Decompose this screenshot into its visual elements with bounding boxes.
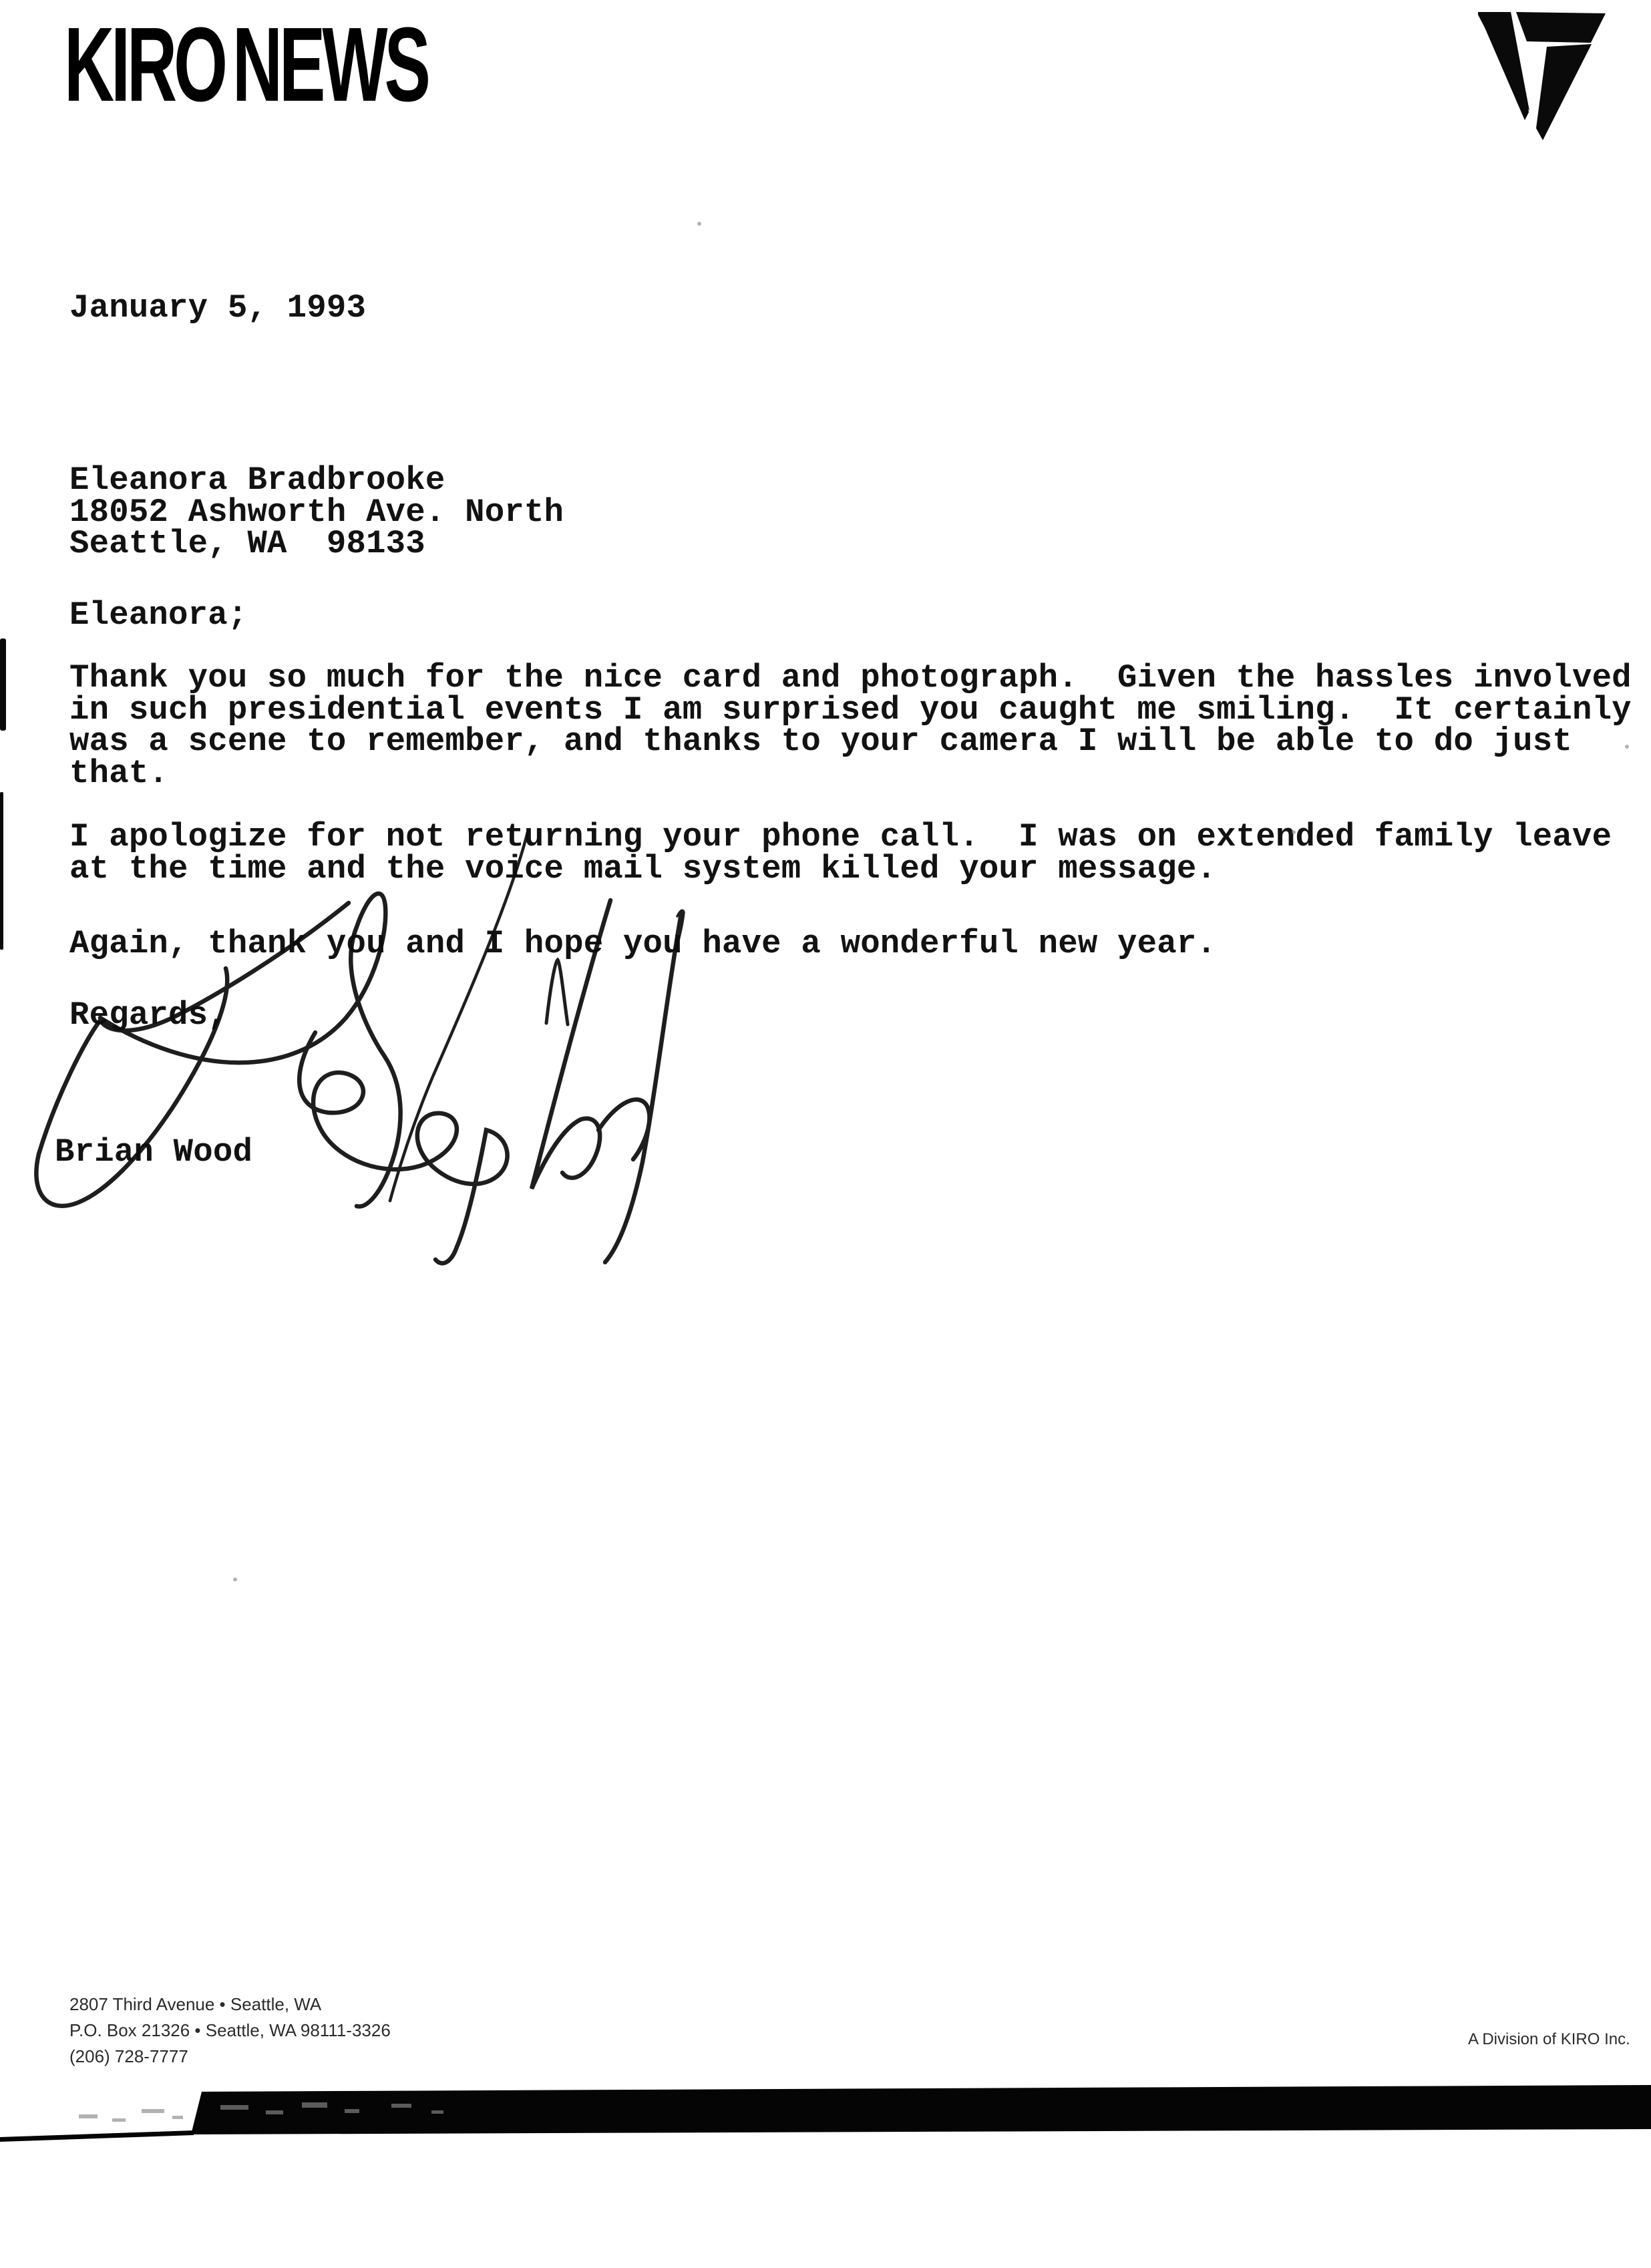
body-paragraph-1: Thank you so much for the nice card and …: [69, 663, 1632, 790]
body-paragraph-2: I apologize for not returning your phone…: [69, 821, 1612, 885]
signer-name: Brian Wood: [55, 1137, 252, 1169]
footer-station-address: 2807 Third Avenue • Seattle, WA P.O. Box…: [69, 1992, 391, 2070]
body-paragraph-3: Again, thank you and I hope you have a w…: [69, 928, 1216, 960]
closing: Regards,: [69, 1000, 228, 1032]
recipient-address: Eleanora Bradbrooke 18052 Ashworth Ave. …: [69, 465, 564, 560]
salutation: Eleanora;: [69, 600, 247, 632]
letter-date: January 5, 1993: [69, 293, 366, 325]
footer-division-note: A Division of KIRO Inc.: [1468, 2030, 1630, 2049]
signature-scribble: [36, 832, 684, 1264]
page-edge-artifacts: [0, 638, 6, 950]
kiro-7-logo-icon: [1460, 5, 1627, 156]
kiro-news-logotype: KIRO NEWS: [64, 5, 427, 126]
scan-bar-artifact: [0, 2085, 1651, 2142]
letter-page: KIRO NEWS January 5, 1993 Eleanora Bradb…: [0, 0, 1651, 2268]
